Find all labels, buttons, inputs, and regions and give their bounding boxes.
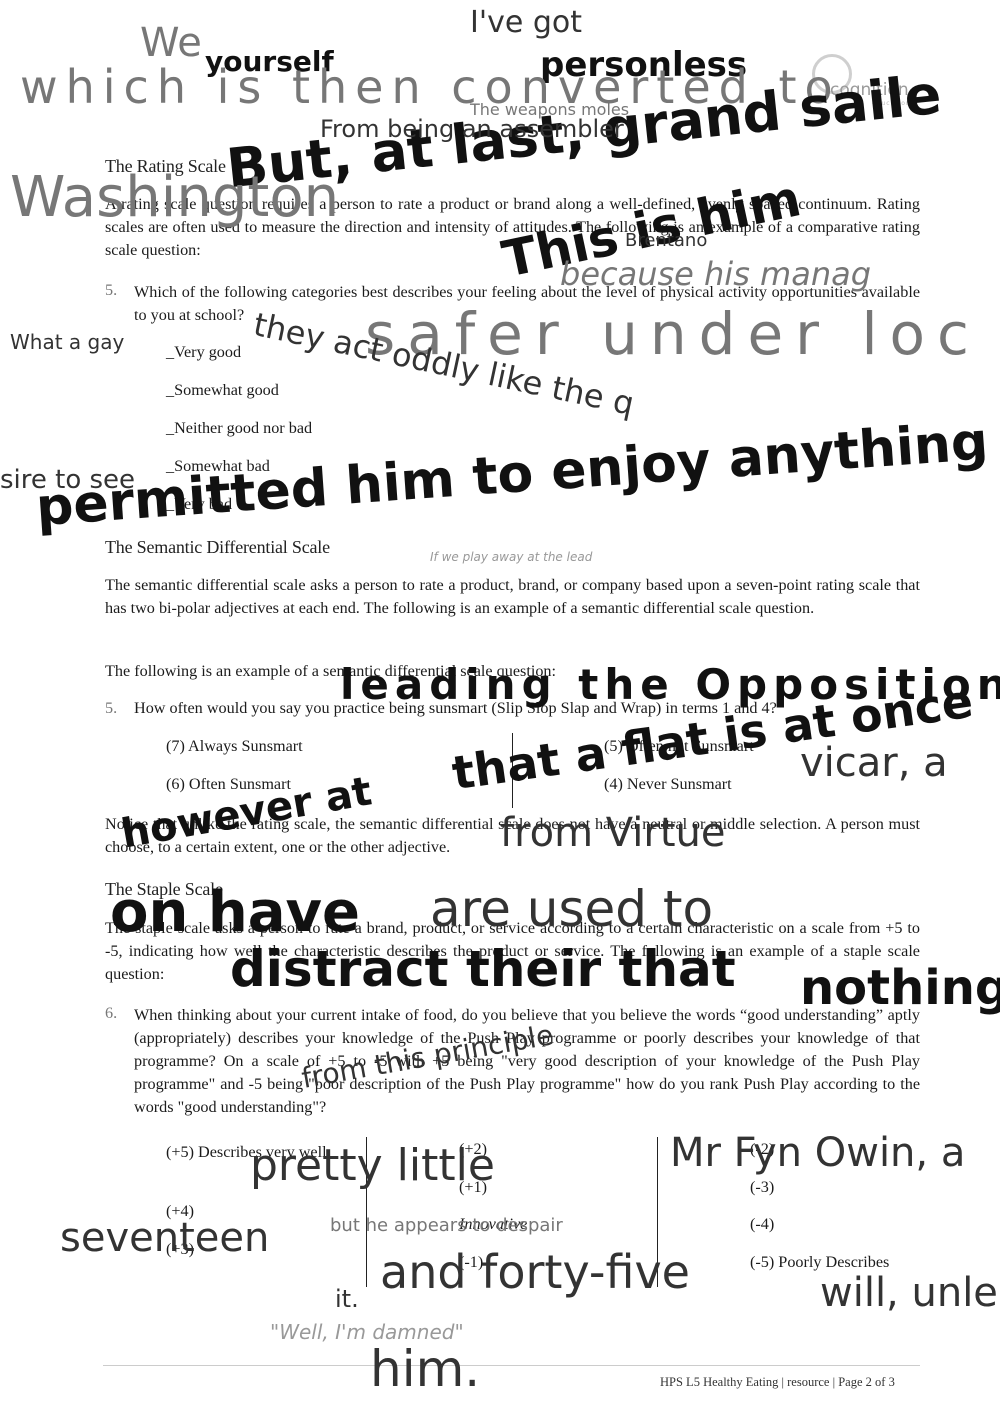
semantic-option-5: (5) Often not Sunsmart <box>604 737 754 756</box>
handwriting: The weapons moles <box>470 100 629 119</box>
staple-option-minus4: (-4) <box>750 1215 774 1234</box>
handwriting: Mr Fyn Owin, a <box>670 1130 965 1176</box>
staple-option-minus3: (-3) <box>750 1178 774 1197</box>
question-number: 5. <box>105 699 117 718</box>
column-divider <box>512 733 513 808</box>
semantic-option-7: (7) Always Sunsmart <box>166 737 303 756</box>
column-divider <box>366 1137 367 1287</box>
rating-scale-heading: The Rating Scale <box>105 156 226 177</box>
rating-question: Which of the following categories best d… <box>134 281 920 327</box>
semantic-question: How often would you say you practice bei… <box>134 699 777 718</box>
handwriting: seventeen <box>60 1215 269 1261</box>
semantic-note: Notice that unlike the rating scale, the… <box>105 813 920 859</box>
handwriting: I've got <box>470 5 582 40</box>
handwriting: yourself <box>205 45 334 78</box>
staple-option-plus1: (+1) <box>459 1178 487 1197</box>
document-page: cognition education The Rating Scale A r… <box>0 0 1000 1414</box>
staple-question: When thinking about your current intake … <box>134 1004 920 1119</box>
logo: cognition <box>830 80 909 100</box>
rating-option-somewhat-bad: _Somewhat bad <box>166 457 270 476</box>
column-divider <box>657 1137 658 1287</box>
rating-scale-paragraph: A rating scale question requires a perso… <box>105 193 920 262</box>
rating-option-very-good: _Very good <box>166 343 241 362</box>
staple-option-innovative: Innovative <box>459 1215 527 1234</box>
handwriting: him. <box>370 1340 480 1398</box>
footer-rule <box>103 1365 920 1366</box>
handwriting: personless <box>540 45 747 85</box>
handwriting: If we play away at the lead <box>430 550 592 564</box>
handwriting: From being an assembler <box>320 115 624 143</box>
handwriting: and forty-five <box>380 1245 690 1299</box>
staple-option-minus1: (-1) <box>459 1253 483 1272</box>
rating-option-neither: _Neither good nor bad <box>166 419 312 438</box>
handwriting: What a gay <box>10 330 124 354</box>
handwriting: which is then converted to <box>20 60 841 114</box>
handwriting: will, unle <box>820 1270 998 1316</box>
logo-subtitle: education <box>872 100 911 107</box>
staple-option-minus2: (-2) <box>750 1140 774 1159</box>
semantic-scale-heading: The Semantic Differential Scale <box>105 537 330 558</box>
semantic-scale-paragraph: The semantic differential scale asks a p… <box>105 574 920 620</box>
staple-option-plus2: (+2) <box>459 1140 487 1159</box>
handwriting: We <box>140 20 202 66</box>
footer-text: HPS L5 Healthy Eating | resource | Page … <box>660 1375 895 1390</box>
semantic-scale-paragraph-2: The following is an example of a semanti… <box>105 660 920 683</box>
rating-option-somewhat-good: _Somewhat good <box>166 381 279 400</box>
staple-option-plus5: (+5) Describes very well <box>166 1140 336 1165</box>
staple-option-plus4: (+4) <box>166 1202 194 1221</box>
semantic-option-6: (6) Often Sunsmart <box>166 775 291 794</box>
staple-option-minus5: (-5) Poorly Describes <box>750 1253 889 1272</box>
handwriting: but he appears to despair <box>330 1215 563 1236</box>
staple-option-plus3: (+3) <box>166 1240 194 1259</box>
rating-option-very-bad: _Very bad <box>166 495 232 514</box>
semantic-option-4: (4) Never Sunsmart <box>604 775 732 794</box>
question-number: 5. <box>105 281 117 300</box>
question-number: 6. <box>105 1004 117 1023</box>
staple-scale-paragraph: The staple scale asks a person to rate a… <box>105 917 920 986</box>
handwriting: it. <box>335 1285 359 1313</box>
handwriting: "Well, I'm damned" <box>270 1320 464 1344</box>
handwriting: sire to see <box>0 465 135 495</box>
staple-scale-heading: The Staple Scale <box>105 879 223 900</box>
handwriting: vicar, a <box>800 740 948 786</box>
